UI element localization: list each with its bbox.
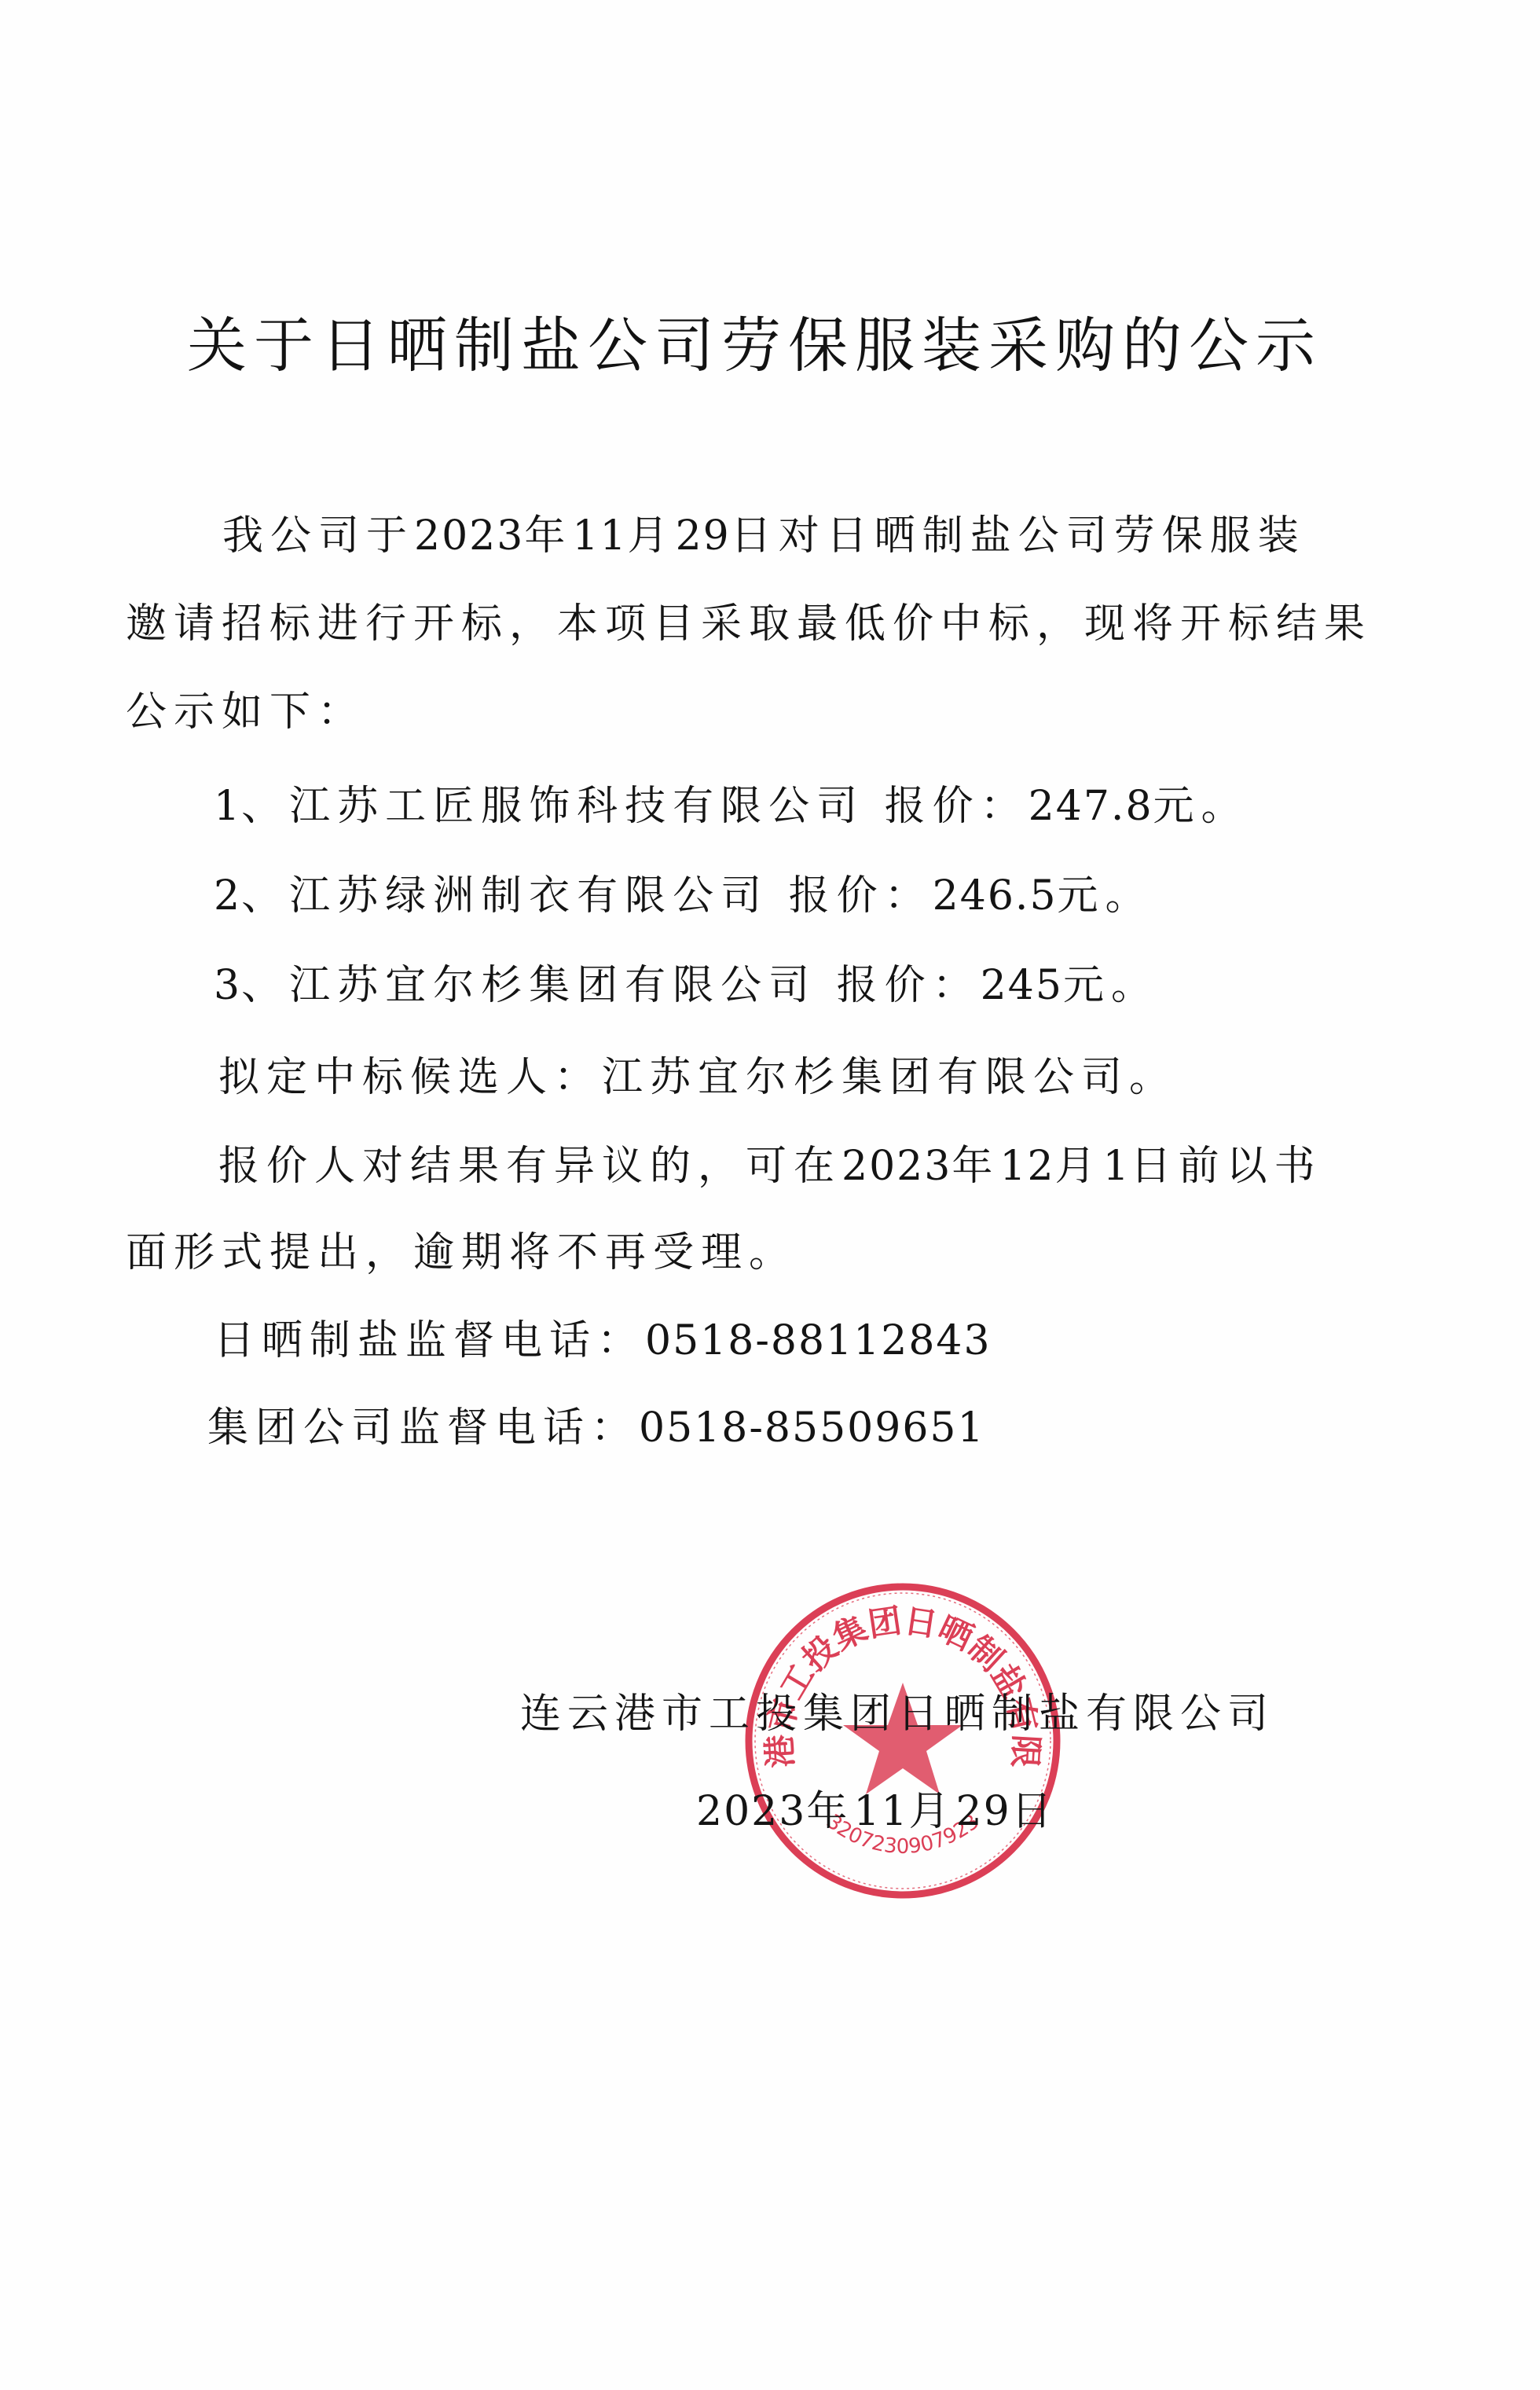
bid-company: 江苏绿洲制衣有限公司: [289, 872, 768, 920]
intro-line-2: 邀请招标进行开标，本项目采取最低价中标，现将开标结果: [126, 597, 1372, 652]
bid-item: 1、江苏工匠服饰科技有限公司 报价：247.8元。: [214, 779, 1249, 834]
contact-label: 集团公司监督电话：: [207, 1404, 639, 1452]
intro-suffix: 日对日晒制盐公司劳保服装: [731, 512, 1306, 560]
bid-unit: 元。: [1063, 962, 1159, 1009]
signature-company: 连云港市工投集团日晒制盐有限公司: [520, 1687, 1274, 1742]
bid-price-label: 报价：: [885, 783, 1028, 830]
bid-unit: 元。: [1153, 783, 1249, 830]
intro-month-unit: 月: [628, 512, 676, 560]
signature-month-unit: 月: [909, 1788, 956, 1835]
bid-price: 246.5: [933, 872, 1058, 920]
bid-index: 1: [214, 783, 241, 830]
candidate-value: 江苏宜尔杉集团有限公司。: [602, 1054, 1177, 1101]
intro-line-3: 公示如下：: [126, 685, 365, 740]
bid-price: 247.8: [1028, 783, 1153, 830]
objection-line-1: 报价人对结果有异议的，可在2023年12月1日前以书: [218, 1139, 1322, 1194]
bid-index: 3: [214, 962, 241, 1009]
objection-year-unit: 年: [951, 1143, 999, 1190]
bid-company: 江苏工匠服饰科技有限公司: [289, 783, 864, 830]
bid-unit: 元。: [1058, 872, 1153, 920]
objection-prefix: 报价人对结果有异议的，可在: [218, 1143, 841, 1190]
intro-month: 11: [572, 512, 627, 560]
bid-price: 245: [981, 962, 1063, 1009]
intro-line-1: 我公司于2023年11月29日对日晒制盐公司劳保服装: [222, 508, 1306, 564]
contact-phone: 0518-85509651: [639, 1404, 985, 1452]
intro-year: 2023: [414, 512, 524, 560]
bid-sep: 、: [241, 872, 289, 920]
signature-month: 11: [853, 1788, 908, 1835]
page-title: 关于日晒制盐公司劳保服装采购的公示: [187, 308, 1287, 384]
contact-phone: 0518-88112843: [645, 1317, 992, 1364]
candidate-label: 拟定中标候选人：: [218, 1054, 602, 1101]
contact-line: 日晒制盐监督电话：0518-88112843: [214, 1313, 992, 1368]
objection-day: 1: [1103, 1143, 1131, 1190]
bid-item: 2、江苏绿洲制衣有限公司 报价：246.5元。: [214, 868, 1153, 923]
bid-company: 江苏宜尔杉集团有限公司: [289, 962, 816, 1009]
objection-suffix: 日前以书: [1131, 1143, 1322, 1190]
document-page: 关于日晒制盐公司劳保服装采购的公示 我公司于2023年11月29日对日晒制盐公司…: [0, 0, 1540, 2390]
intro-day: 29: [676, 512, 731, 560]
bid-item: 3、江苏宜尔杉集团有限公司 报价：245元。: [214, 958, 1159, 1013]
objection-year: 2023: [841, 1143, 951, 1190]
bid-index: 2: [214, 872, 241, 920]
contact-line: 集团公司监督电话：0518-85509651: [207, 1401, 985, 1456]
bid-price-label: 报价：: [837, 962, 981, 1009]
intro-year-unit: 年: [524, 512, 572, 560]
candidate-line: 拟定中标候选人：江苏宜尔杉集团有限公司。: [218, 1050, 1177, 1105]
signature-year-unit: 年: [806, 1788, 853, 1835]
signature-day-unit: 日: [1011, 1788, 1058, 1835]
bid-sep: 、: [241, 962, 289, 1009]
signature-date: 2023年11月29日: [696, 1784, 1058, 1839]
signature-day: 29: [956, 1788, 1011, 1835]
signature-year: 2023: [696, 1788, 806, 1835]
objection-month: 12: [999, 1143, 1054, 1190]
objection-month-unit: 月: [1055, 1143, 1103, 1190]
intro-prefix: 我公司于: [222, 512, 414, 560]
bid-price-label: 报价：: [789, 872, 933, 920]
objection-line-2: 面形式提出，逾期将不再受理。: [126, 1225, 797, 1280]
bid-sep: 、: [241, 783, 289, 830]
contact-label: 日晒制盐监督电话：: [214, 1317, 645, 1364]
